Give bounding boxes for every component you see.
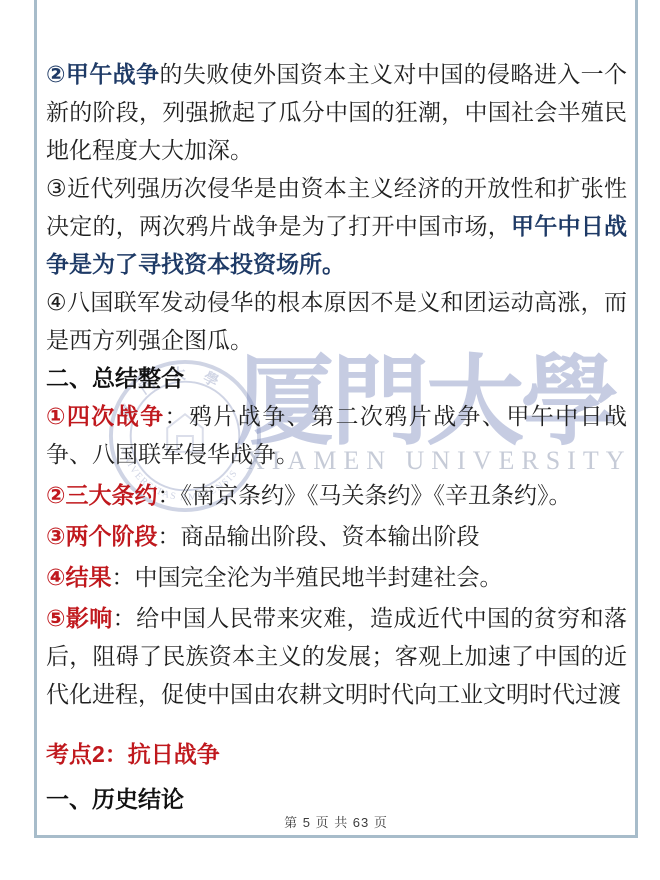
summary-item-impact: ⑤影响：给中国人民带来灾难，造成近代中国的贫穷和落后，阻碍了民族资本主义的发展；… — [46, 599, 627, 713]
heading-summary: 二、总结整合 — [46, 359, 627, 397]
paragraph-eight-nation: ④八国联军发动侵华的根本原因不是义和团运动高涨，而是西方列强企图瓜。 — [46, 283, 627, 359]
page-frame: ②甲午战争的失败使外国资本主义对中国的侵略进入一个新的阶段，列强掀起了瓜分中国的… — [34, 0, 638, 838]
highlight-jiawu: ②甲午战争 — [46, 61, 159, 87]
summary-item-three-treaties: ②三大条约：《南京条约》《马关条约》《辛丑条约》。 — [46, 476, 627, 514]
summary-item-result: ④结果：中国完全沦为半殖民地半封建社会。 — [46, 558, 627, 596]
label-impact: ⑤影响 — [46, 605, 113, 631]
document-body: ②甲午战争的失败使外国资本主义对中国的侵略进入一个新的阶段，列强掀起了瓜分中国的… — [37, 0, 635, 818]
label-three-treaties: ②三大条约 — [46, 482, 157, 508]
label-two-stages: ③两个阶段 — [46, 523, 157, 549]
text-two-stages: 商品输出阶段、资本输出阶段 — [180, 523, 479, 549]
document-page: 厦 門 大 學 UNIVERSITAS AMOIENSIS 厦門大學 XIAME… — [0, 0, 660, 880]
summary-item-four-wars: ①四次战争：鸦片战争、第二次鸦片战争、甲午中日战争、八国联军侵华战争。 — [46, 397, 627, 473]
label-four-wars: ①四次战争 — [46, 403, 165, 429]
label-result: ④结果 — [46, 564, 111, 590]
sep-4: ： — [113, 605, 136, 631]
heading-kaodian-2: 考点2：抗日战争 — [46, 735, 627, 773]
sep-1: ： — [157, 482, 180, 508]
text-result: 中国完全沦为半殖民地半封建社会。 — [134, 564, 502, 590]
sep-0: ： — [165, 403, 189, 429]
sep-2: ： — [157, 523, 180, 549]
text-three-treaties: 《南京条约》《马关条约》《辛丑条约》。 — [180, 482, 571, 508]
paragraph-jiawu-war: ②甲午战争的失败使外国资本主义对中国的侵略进入一个新的阶段，列强掀起了瓜分中国的… — [46, 55, 627, 169]
summary-item-two-stages: ③两个阶段：商品输出阶段、资本输出阶段 — [46, 517, 627, 555]
page-number: 第 5 页 共 63 页 — [37, 812, 635, 831]
paragraph-invasion-reason: ③近代列强历次侵华是由资本主义经济的开放性和扩张性决定的，两次鸦片战争是为了打开… — [46, 169, 627, 283]
sep-3: ： — [111, 564, 134, 590]
